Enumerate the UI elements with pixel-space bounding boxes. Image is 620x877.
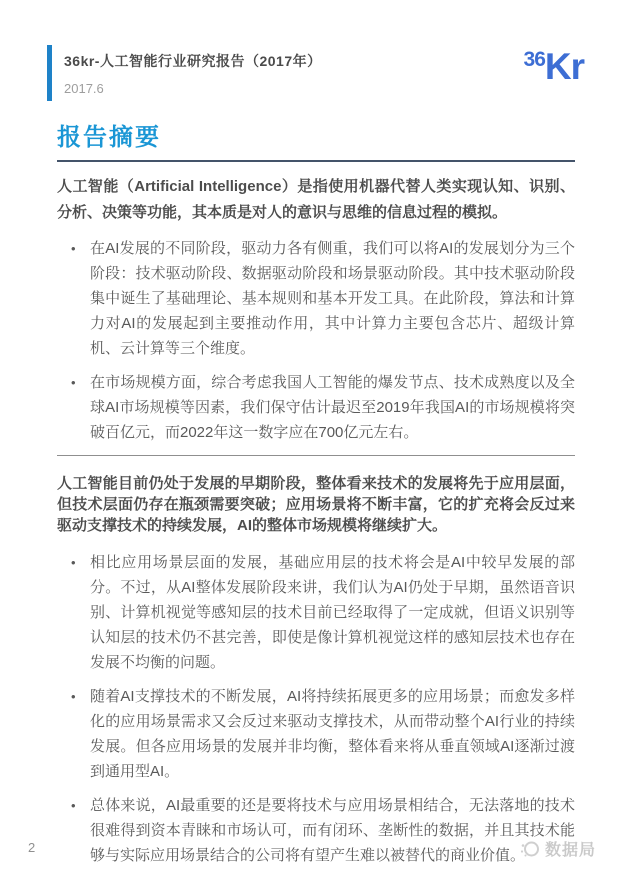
logo-36-text: 36 [524, 49, 545, 70]
list-item: • 总体来说，AI最重要的还是要将技术与应用场景相结合，无法落地的技术很难得到资… [57, 793, 575, 868]
header-text-block: 36kr-人工智能行业研究报告（2017年） 2017.6 [64, 45, 322, 101]
highlight-paragraph: 人工智能目前仍处于发展的早期阶段，整体看来技术的发展将先于应用层面，但技术层面仍… [57, 473, 575, 536]
logo-kr-text: Kr [545, 48, 584, 85]
bullet-icon: • [71, 370, 76, 395]
bullet-icon: • [71, 550, 76, 575]
list-item: • 随着AI支撑技术的不断发展，AI将持续拓展更多的应用场景；而愈发多样化的应用… [57, 684, 575, 784]
shuju-ju-logo-icon [520, 839, 540, 859]
list-item: • 在市场规模方面，综合考虑我国人工智能的爆发节点、技术成熟度以及全球AI市场规… [57, 370, 575, 445]
36kr-logo: 36 Kr [524, 48, 584, 85]
bullet-list-top: • 在AI发展的不同阶段，驱动力各有侧重，我们可以将AI的发展划分为三个阶段：技… [57, 236, 575, 445]
bullet-icon: • [71, 793, 76, 818]
intro-paragraph: 人工智能（Artificial Intelligence）是指使用机器代替人类实… [57, 174, 575, 226]
bullet-text: 随着AI支撑技术的不断发展，AI将持续拓展更多的应用场景；而愈发多样化的应用场景… [90, 688, 575, 780]
report-page: 36kr-人工智能行业研究报告（2017年） 2017.6 36 Kr 报告摘要… [0, 0, 620, 877]
bullet-text: 在AI发展的不同阶段，驱动力各有侧重，我们可以将AI的发展划分为三个阶段：技术驱… [90, 240, 575, 357]
bullet-text: 在市场规模方面，综合考虑我国人工智能的爆发节点、技术成熟度以及全球AI市场规模等… [90, 374, 575, 441]
bullet-text: 总体来说，AI最重要的还是要将技术与应用场景相结合，无法落地的技术很难得到资本青… [90, 797, 575, 864]
section-title-rule [57, 160, 575, 162]
section-title: 报告摘要 [57, 124, 575, 153]
watermark: 数据局 [520, 837, 596, 860]
header-accent-bar [47, 45, 52, 101]
list-item: • 相比应用场景层面的发展，基础应用层的技术将会是AI中较早发展的部分。不过，从… [57, 550, 575, 675]
bullet-list-bottom: • 相比应用场景层面的发展，基础应用层的技术将会是AI中较早发展的部分。不过，从… [57, 550, 575, 868]
watermark-label: 数据局 [545, 837, 596, 860]
summary-section: 报告摘要 人工智能（Artificial Intelligence）是指使用机器… [57, 124, 575, 877]
report-date: 2017.6 [64, 81, 322, 96]
page-number: 2 [28, 840, 35, 855]
list-item: • 在AI发展的不同阶段，驱动力各有侧重，我们可以将AI的发展划分为三个阶段：技… [57, 236, 575, 361]
bullet-icon: • [71, 236, 76, 261]
bullet-text: 相比应用场景层面的发展，基础应用层的技术将会是AI中较早发展的部分。不过，从AI… [90, 554, 575, 671]
report-header: 36kr-人工智能行业研究报告（2017年） 2017.6 [47, 45, 322, 101]
section-divider [57, 455, 575, 456]
bullet-icon: • [71, 684, 76, 709]
report-title: 36kr-人工智能行业研究报告（2017年） [64, 51, 322, 71]
